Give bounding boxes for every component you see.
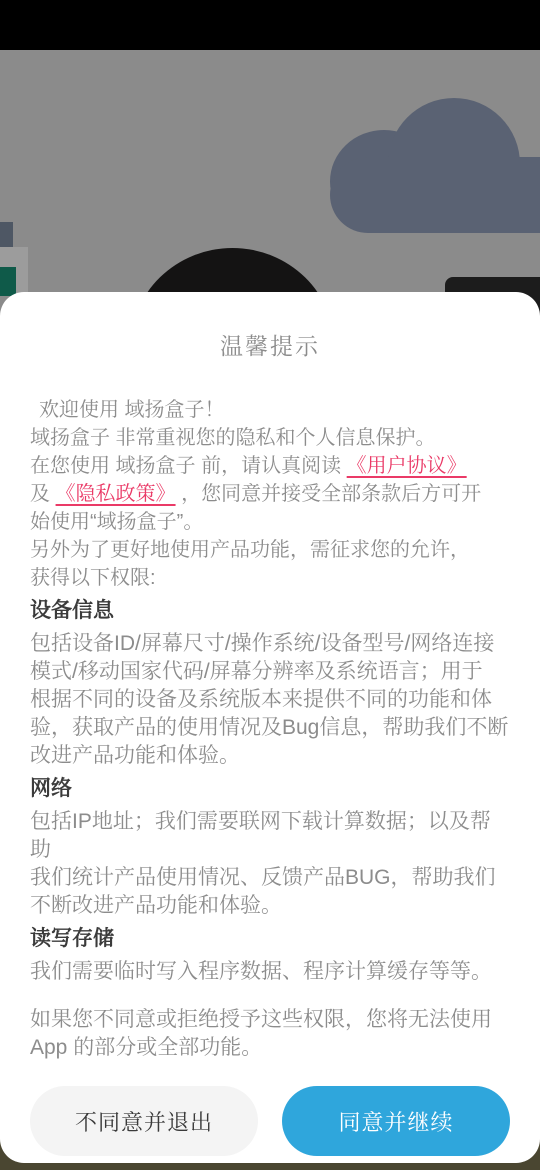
cloud-icon xyxy=(330,98,540,233)
section-body-storage: 我们需要临时写入程序数据、程序计算缓存等等。 xyxy=(30,958,510,986)
intro-line: 获得以下权限: xyxy=(30,564,510,592)
privacy-consent-dialog: 温馨提示 欢迎使用 域扬盒子！ 域扬盒子 非常重视您的隐私和个人信息保护。 在您… xyxy=(0,292,540,1163)
intro-line: 另外为了更好地使用产品功能，需征求您的允许， xyxy=(30,536,510,564)
cloud-base xyxy=(330,157,540,233)
intro-text: ，您同意并接受全部条款后方可开 xyxy=(176,483,482,505)
privacy-policy-link[interactable]: 《隐私政策》 xyxy=(56,483,176,505)
section-heading-device-info: 设备信息 xyxy=(30,598,510,624)
footer-note: 如果您不同意或拒绝授予这些权限，您将无法使用App 的部分或全部功能。 xyxy=(30,1006,510,1062)
button-row: 不同意并退出 同意并继续 xyxy=(30,1086,510,1156)
intro-line: 欢迎使用 域扬盒子！ xyxy=(30,396,510,424)
decline-button[interactable]: 不同意并退出 xyxy=(30,1086,258,1156)
section-body-device-info: 包括设备ID/屏幕尺寸/操作系统/设备型号/网络连接模式/移动国家代码/屏幕分辨… xyxy=(30,630,510,770)
intro-line: 及 《隐私政策》 ，您同意并接受全部条款后方可开 xyxy=(30,480,510,508)
shelf-book-teal xyxy=(0,267,16,296)
dialog-title: 温馨提示 xyxy=(30,332,510,360)
section-heading-network: 网络 xyxy=(30,776,510,802)
intro-line: 在您使用 域扬盒子 前，请认真阅读 《用户协议》 xyxy=(30,452,510,480)
intro-line: 域扬盒子 非常重视您的隐私和个人信息保护。 xyxy=(30,424,510,452)
agree-button[interactable]: 同意并继续 xyxy=(282,1086,510,1156)
user-agreement-link[interactable]: 《用户协议》 xyxy=(347,455,467,477)
status-bar xyxy=(0,0,540,50)
section-body-network: 包括IP地址；我们需要联网下载计算数据；以及帮助我们统计产品使用情况、反馈产品B… xyxy=(30,808,510,920)
intro-paragraph: 欢迎使用 域扬盒子！ 域扬盒子 非常重视您的隐私和个人信息保护。 在您使用 域扬… xyxy=(30,396,510,592)
intro-text: 及 xyxy=(30,483,56,505)
section-heading-storage: 读写存储 xyxy=(30,926,510,952)
intro-line: 始使用“域扬盒子”。 xyxy=(30,508,510,536)
intro-text: 在您使用 域扬盒子 前，请认真阅读 xyxy=(30,455,347,477)
